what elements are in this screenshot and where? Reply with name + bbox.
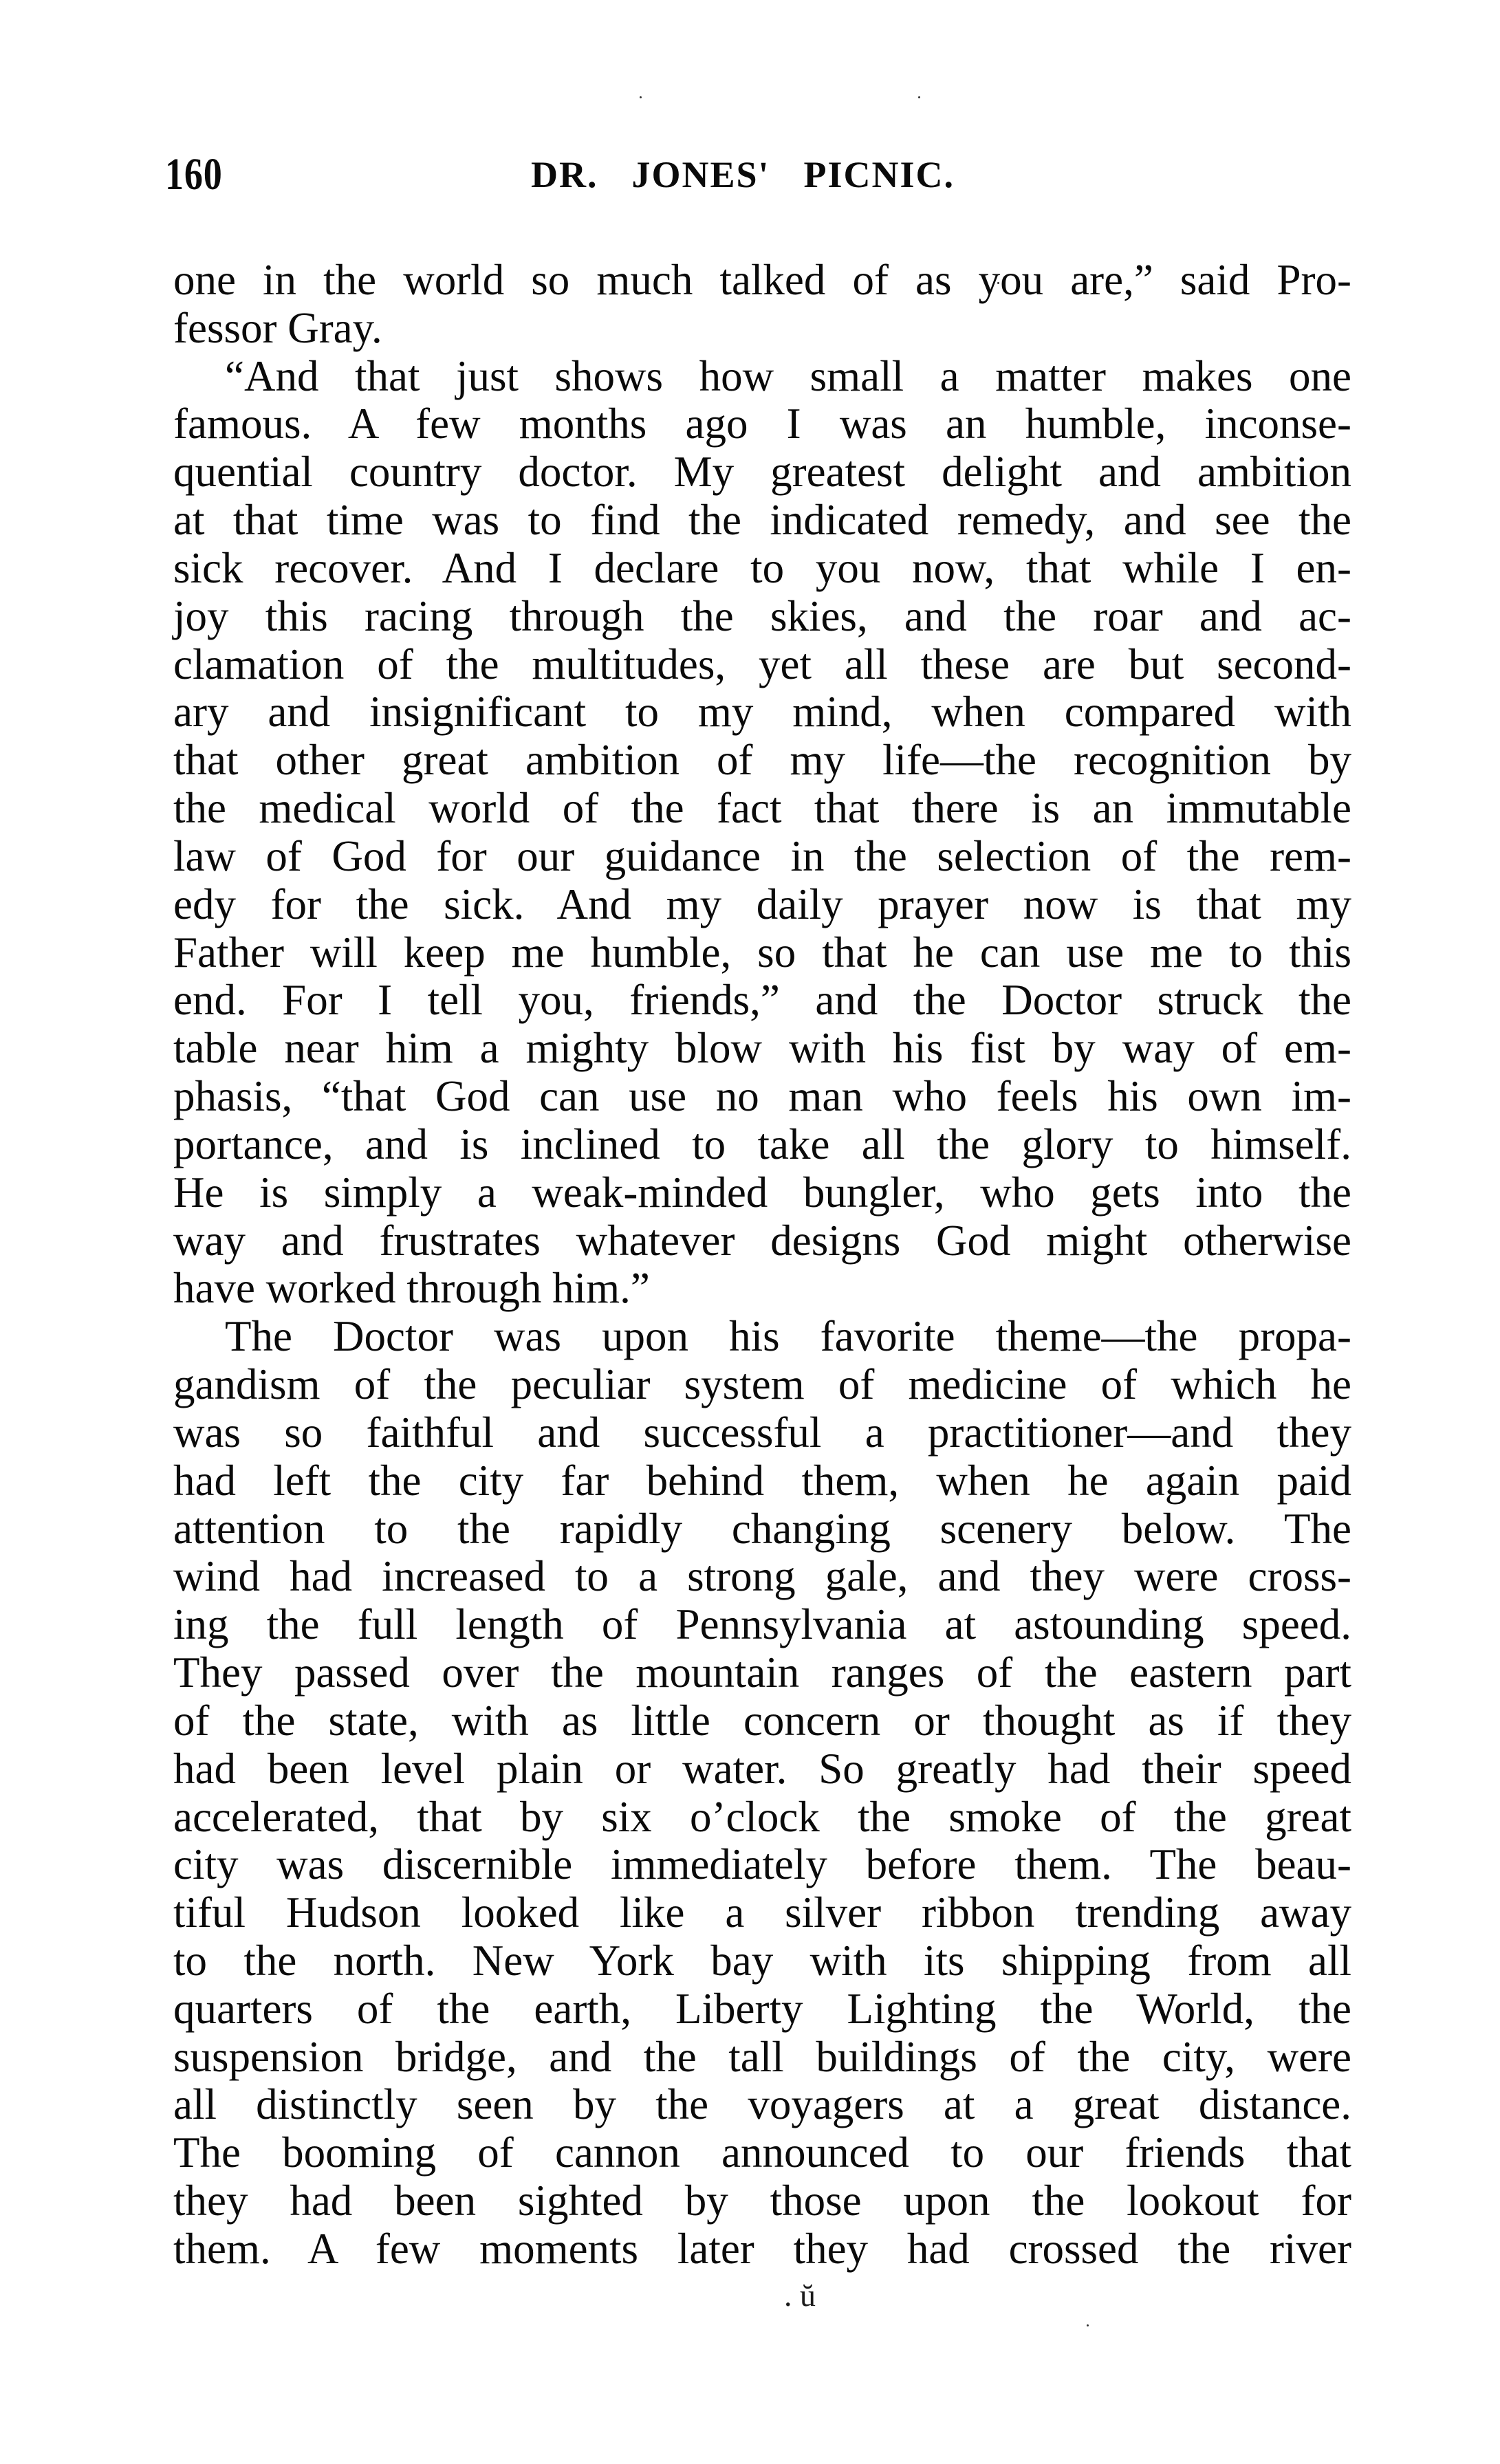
text-line: to the north. New York bay with its ship… xyxy=(173,1937,1351,1985)
scan-speck xyxy=(997,282,999,284)
text-line: ary and insignificant to my mind, when c… xyxy=(173,688,1351,737)
text-line: quarters of the earth, Liberty Lighting … xyxy=(173,1985,1351,2034)
text-line: edy for the sick. And my daily prayer no… xyxy=(173,881,1351,929)
text-line: fessor Gray. xyxy=(173,305,1351,353)
text-line: had been level plain or water. So greatl… xyxy=(173,1745,1351,1794)
text-line: way and frustrates whatever designs God … xyxy=(173,1217,1351,1265)
running-title: DR. JONES' PICNIC. xyxy=(531,147,955,202)
text-line: They passed over the mountain ranges of … xyxy=(173,1649,1351,1697)
scan-speck xyxy=(640,96,642,98)
text-line: tiful Hudson looked like a silver ribbon… xyxy=(173,1889,1351,1937)
text-line: phasis, “that God can use no man who fee… xyxy=(173,1073,1351,1121)
text-line: had left the city far behind them, when … xyxy=(173,1457,1351,1505)
text-line: city was discernible immediately before … xyxy=(173,1841,1351,1889)
text-line: portance, and is inclined to take all th… xyxy=(173,1121,1351,1169)
running-head: 160 DR. JONES' PICNIC. xyxy=(0,147,1500,202)
text-line: clamation of the multitudes, yet all the… xyxy=(173,641,1351,689)
scan-speck xyxy=(1087,2324,1089,2326)
text-line: they had been sighted by those upon the … xyxy=(173,2177,1351,2225)
text-line: table near him a mighty blow with his fi… xyxy=(173,1025,1351,1073)
text-line: sick recover. And I declare to you now, … xyxy=(173,545,1351,593)
text-line: at that time was to find the indicated r… xyxy=(173,497,1351,545)
text-line: have worked through him.” xyxy=(173,1265,1351,1313)
text-line: He is simply a weak-minded bungler, who … xyxy=(173,1169,1351,1217)
text-line: quential country doctor. My greatest del… xyxy=(173,448,1351,497)
text-line: all distinctly seen by the voyagers at a… xyxy=(173,2081,1351,2129)
text-line: gandism of the peculiar system of medici… xyxy=(173,1361,1351,1409)
text-line: wind had increased to a strong gale, and… xyxy=(173,1553,1351,1601)
book-page: 160 DR. JONES' PICNIC. one in the world … xyxy=(0,0,1500,2464)
text-line: The booming of cannon announced to our f… xyxy=(173,2129,1351,2177)
text-line: famous. A few months ago I was an humble… xyxy=(173,400,1351,448)
signature-mark: . ŭ xyxy=(784,2275,816,2316)
body-text: one in the world so much talked of as yo… xyxy=(173,257,1351,2274)
text-line: joy this racing through the skies, and t… xyxy=(173,593,1351,641)
text-line: accelerated, that by six o’clock the smo… xyxy=(173,1794,1351,1842)
text-line: Father will keep me humble, so that he c… xyxy=(173,929,1351,977)
text-line: them. A few moments later they had cross… xyxy=(173,2225,1351,2274)
text-line: law of God for our guidance in the selec… xyxy=(173,833,1351,881)
text-line-paragraph-start: The Doctor was upon his favorite theme—t… xyxy=(173,1313,1351,1361)
text-line: of the state, with as little concern or … xyxy=(173,1697,1351,1745)
page-number: 160 xyxy=(165,147,223,202)
text-line: that other great ambition of my life—the… xyxy=(173,737,1351,785)
text-line: end. For I tell you, friends,” and the D… xyxy=(173,977,1351,1025)
text-line: attention to the rapidly changing scener… xyxy=(173,1505,1351,1553)
text-line: ing the full length of Pennsylvania at a… xyxy=(173,1601,1351,1649)
text-line: one in the world so much talked of as yo… xyxy=(173,257,1351,305)
scan-speck xyxy=(918,96,920,98)
text-line: suspension bridge, and the tall building… xyxy=(173,2034,1351,2082)
text-line-paragraph-start: “And that just shows how small a matter … xyxy=(173,353,1351,401)
text-line: the medical world of the fact that there… xyxy=(173,785,1351,833)
text-line: was so faithful and successful a practit… xyxy=(173,1409,1351,1457)
